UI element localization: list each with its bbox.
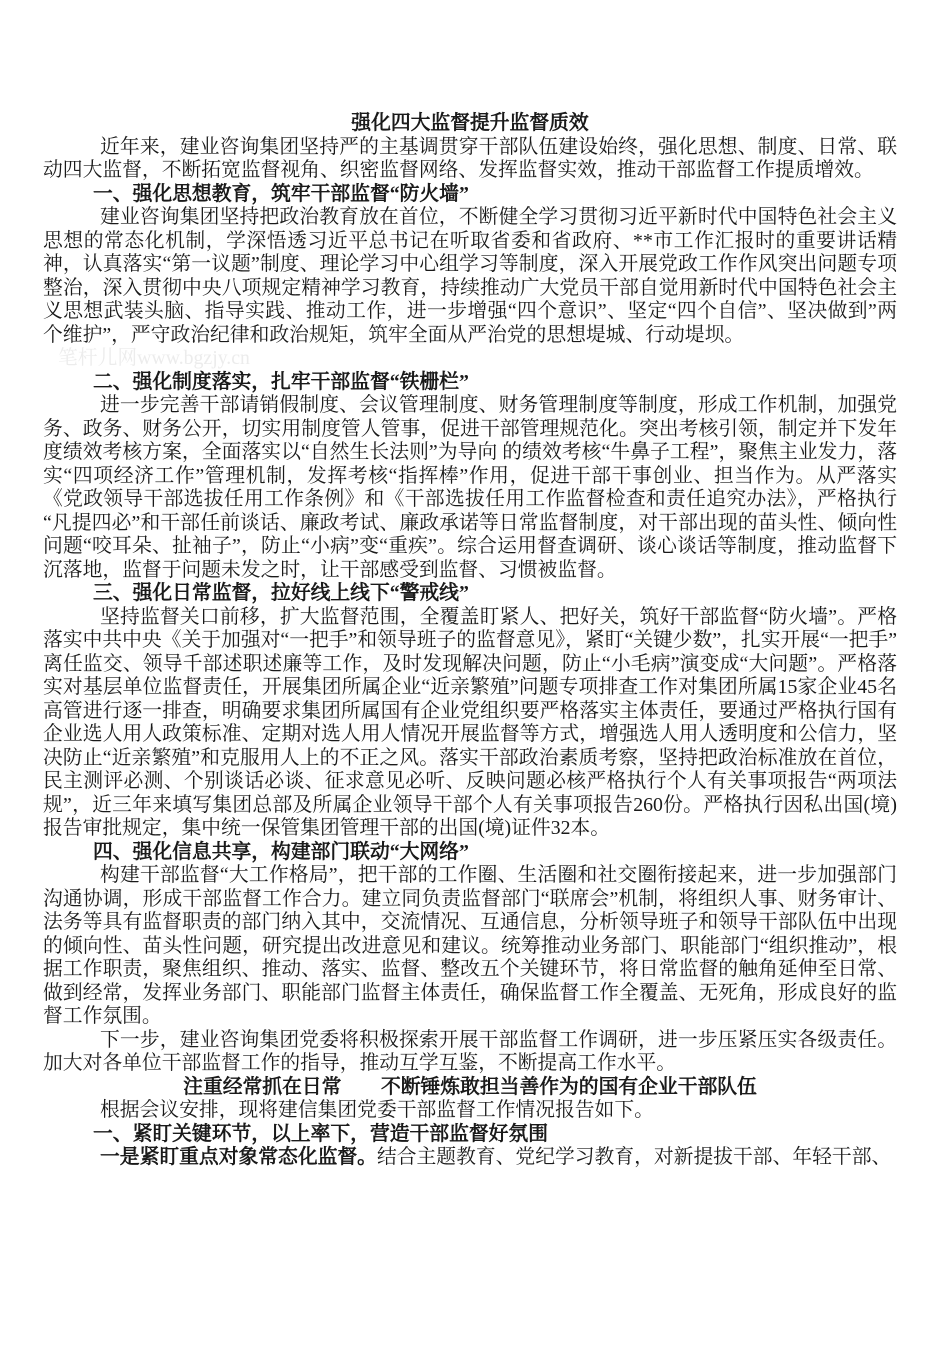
doc1-section3-heading: 三、强化日常监督，拉好线上线下“警戒线” xyxy=(43,582,897,606)
doc2-item-paragraph: 一是紧盯重点对象常态化监督。结合主题教育、党纪学习教育，对新提拔干部、年轻干部、 xyxy=(43,1146,897,1170)
doc1-section4-body: 构建干部监督“大工作格局”，把干部的工作圈、生活圈和社交圈衔接起来，进一步加强部… xyxy=(43,864,897,1029)
doc2-intro: 根据会议安排，现将建信集团党委干部监督工作情况报告如下。 xyxy=(43,1099,897,1123)
doc1-section1-body: 建业咨询集团坚持把政治教育放在首位，不断健全学习贯彻习近平新时代中国特色社会主义… xyxy=(43,206,897,347)
watermark-text: 笔杆儿网www.bgzjy.cn xyxy=(43,347,897,371)
doc1-section2-body: 进一步完善干部请销假制度、会议管理制度、财务管理制度等制度，形成工作机制，加强党… xyxy=(43,394,897,582)
document-2: 注重经常抓在日常 不断锤炼敢担当善作为的国有企业干部队伍 根据会议安排，现将建信… xyxy=(43,1076,897,1170)
page: 强化四大监督提升监督质效 近年来，建业咨询集团坚持严的主基调贯穿干部队伍建设始终… xyxy=(0,0,950,1346)
doc2-heading: 一、紧盯关键环节，以上率下，营造干部监督好氛围 xyxy=(43,1123,897,1147)
doc2-item-text: 结合主题教育、党纪学习教育，对新提拔干部、年轻干部、 xyxy=(377,1146,891,1168)
doc2-item-lead: 一是紧盯重点对象常态化监督。 xyxy=(100,1146,377,1168)
doc1-section3-body: 坚持监督关口前移，扩大监督范围，全覆盖盯紧人、把好关，筑好干部监督“防火墙”。严… xyxy=(43,606,897,841)
doc1-closing: 下一步，建业咨询集团党委将积极探索开展干部监督工作调研，进一步压紧压实各级责任。… xyxy=(43,1029,897,1076)
doc1-section4-heading: 四、强化信息共享，构建部门联动“大网络” xyxy=(43,841,897,865)
doc2-title: 注重经常抓在日常 不断锤炼敢担当善作为的国有企业干部队伍 xyxy=(43,1076,897,1100)
doc1-section2-heading: 二、强化制度落实，扎牢干部监督“铁栅栏” xyxy=(43,371,897,395)
document-1: 强化四大监督提升监督质效 近年来，建业咨询集团坚持严的主基调贯穿干部队伍建设始终… xyxy=(43,112,897,1076)
doc1-title: 强化四大监督提升监督质效 xyxy=(43,112,897,136)
doc1-section1-heading: 一、强化思想教育，筑牢干部监督“防火墙” xyxy=(43,183,897,207)
doc1-intro: 近年来，建业咨询集团坚持严的主基调贯穿干部队伍建设始终，强化思想、制度、日常、联… xyxy=(43,136,897,183)
